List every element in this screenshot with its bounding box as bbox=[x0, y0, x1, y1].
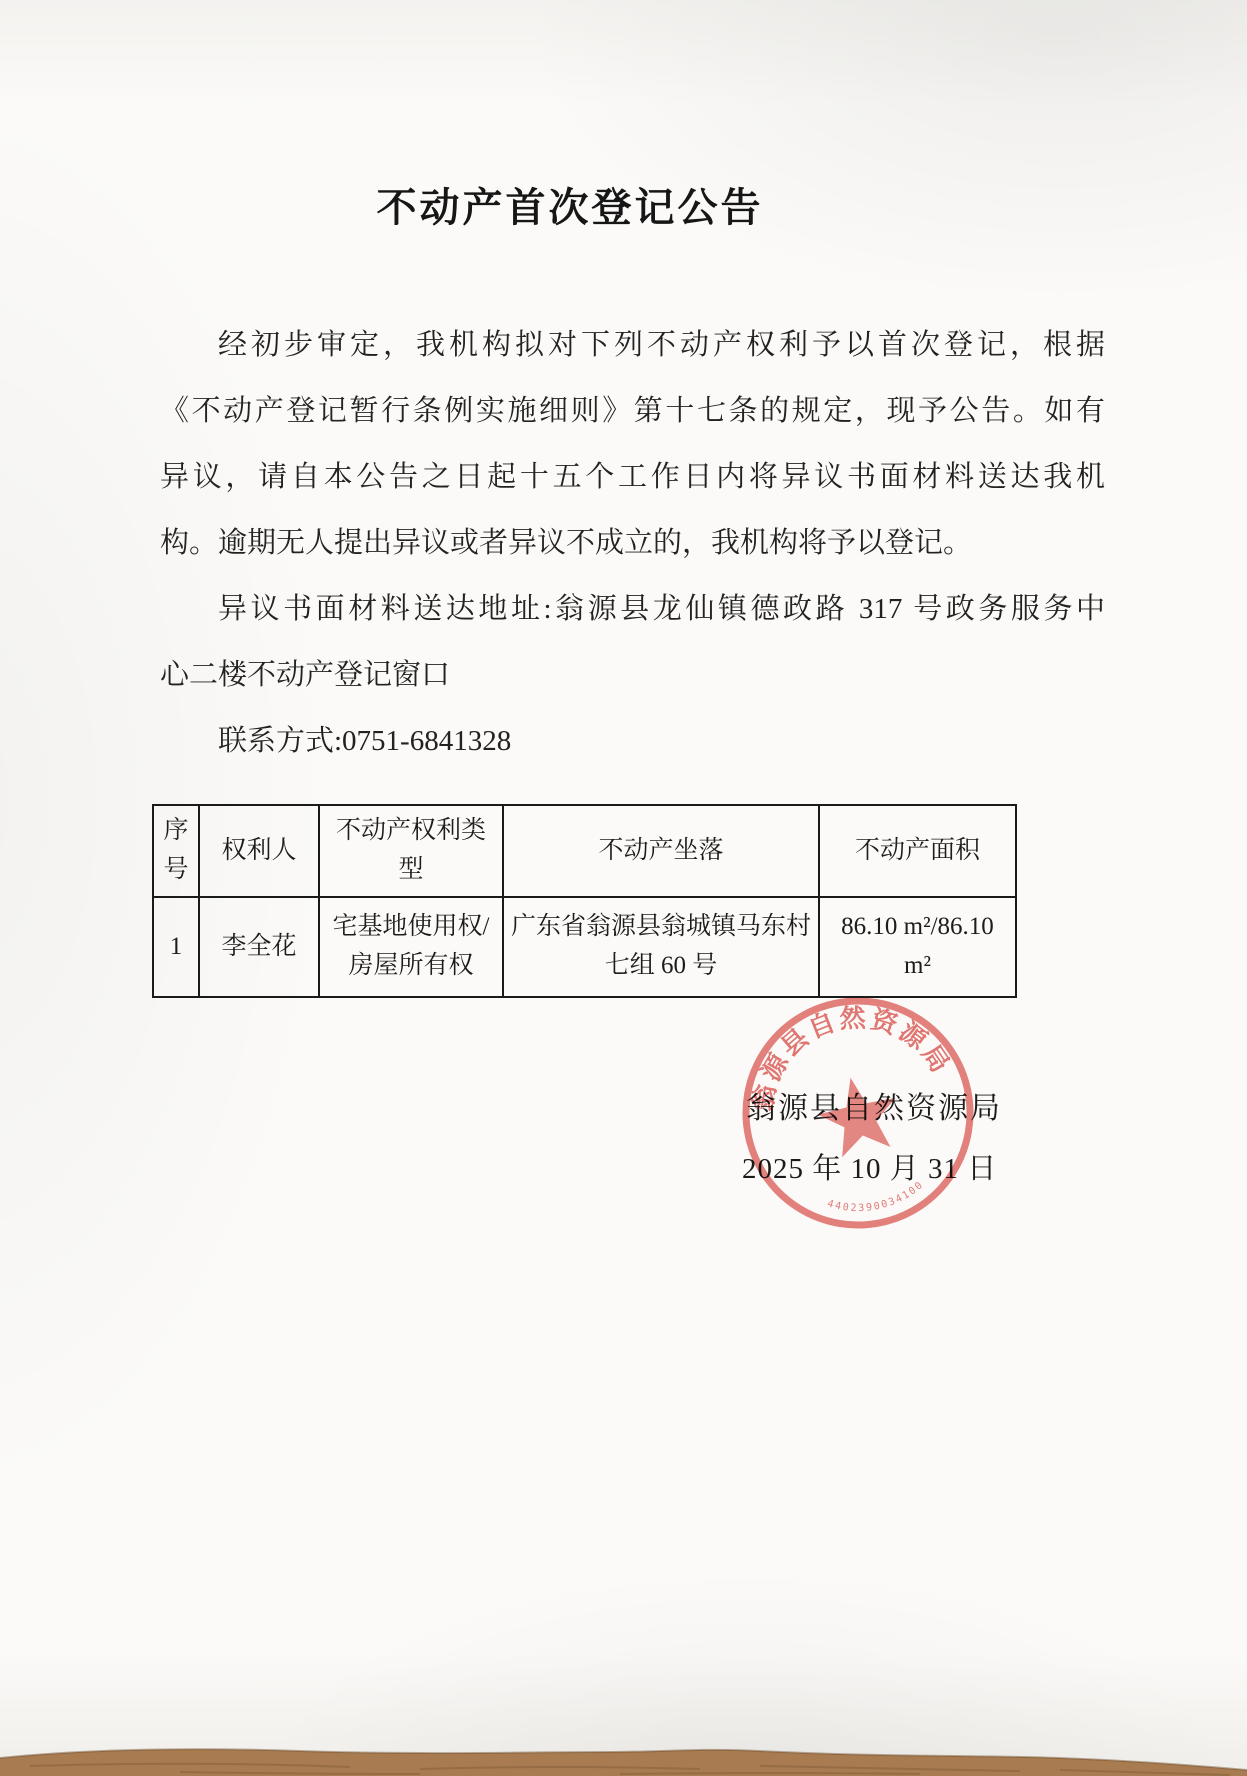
body-line: 构。逾期无人提出异议或者异议不成立的，我机构将予以登记。 bbox=[160, 510, 1105, 576]
cell-seq: 1 bbox=[153, 897, 199, 997]
table-header-row: 序号 权利人 不动产权利类型 不动产坐落 不动产面积 bbox=[153, 805, 1016, 897]
seal-star-icon bbox=[811, 1069, 905, 1160]
registration-table: 序号 权利人 不动产权利类型 不动产坐落 不动产面积 1 李全花 宅基地使用权/… bbox=[152, 804, 1017, 998]
body-line: 异议，请自本公告之日起十五个工作日内将异议书面材料送达我机 bbox=[160, 444, 1105, 510]
body-line: 《不动产登记暂行条例实施细则》第十七条的规定，现予公告。如有 bbox=[160, 378, 1105, 444]
official-seal-stamp: 翁源县自然资源局 4402390034100 bbox=[738, 993, 978, 1233]
header-cell-area: 不动产面积 bbox=[819, 805, 1016, 897]
body-line: 异议书面材料送达地址:翁源县龙仙镇德政路 317 号政务服务中 bbox=[160, 576, 1105, 642]
document-body: 经初步审定，我机构拟对下列不动产权利予以首次登记，根据 《不动产登记暂行条例实施… bbox=[160, 312, 1105, 774]
header-cell-seq: 序号 bbox=[153, 805, 199, 897]
seal-serial-number: 4402390034100 bbox=[824, 1178, 929, 1222]
cell-type: 宅基地使用权/房屋所有权 bbox=[319, 897, 503, 997]
header-cell-owner: 权利人 bbox=[199, 805, 319, 897]
body-line: 经初步审定，我机构拟对下列不动产权利予以首次登记，根据 bbox=[160, 312, 1105, 378]
cell-area: 86.10 m²/86.10 m² bbox=[819, 897, 1016, 997]
header-cell-loc: 不动产坐落 bbox=[503, 805, 819, 897]
cell-owner: 李全花 bbox=[199, 897, 319, 997]
table-row: 1 李全花 宅基地使用权/房屋所有权 广东省翁源县翁城镇马东村七组 60 号 8… bbox=[153, 897, 1016, 997]
svg-text:4402390034100: 4402390034100 bbox=[824, 1178, 929, 1222]
paper-sheet: 不动产首次登记公告 经初步审定，我机构拟对下列不动产权利予以首次登记，根据 《不… bbox=[0, 0, 1247, 1776]
document-title: 不动产首次登记公告 bbox=[150, 176, 990, 233]
body-line: 联系方式:0751-6841328 bbox=[160, 708, 1105, 774]
cell-location: 广东省翁源县翁城镇马东村七组 60 号 bbox=[503, 897, 819, 997]
desk-wood-edge bbox=[0, 1706, 1247, 1776]
body-line: 心二楼不动产登记窗口 bbox=[160, 642, 1105, 708]
header-cell-type: 不动产权利类型 bbox=[319, 805, 503, 897]
document-page: 不动产首次登记公告 经初步审定，我机构拟对下列不动产权利予以首次登记，根据 《不… bbox=[0, 0, 1247, 1776]
